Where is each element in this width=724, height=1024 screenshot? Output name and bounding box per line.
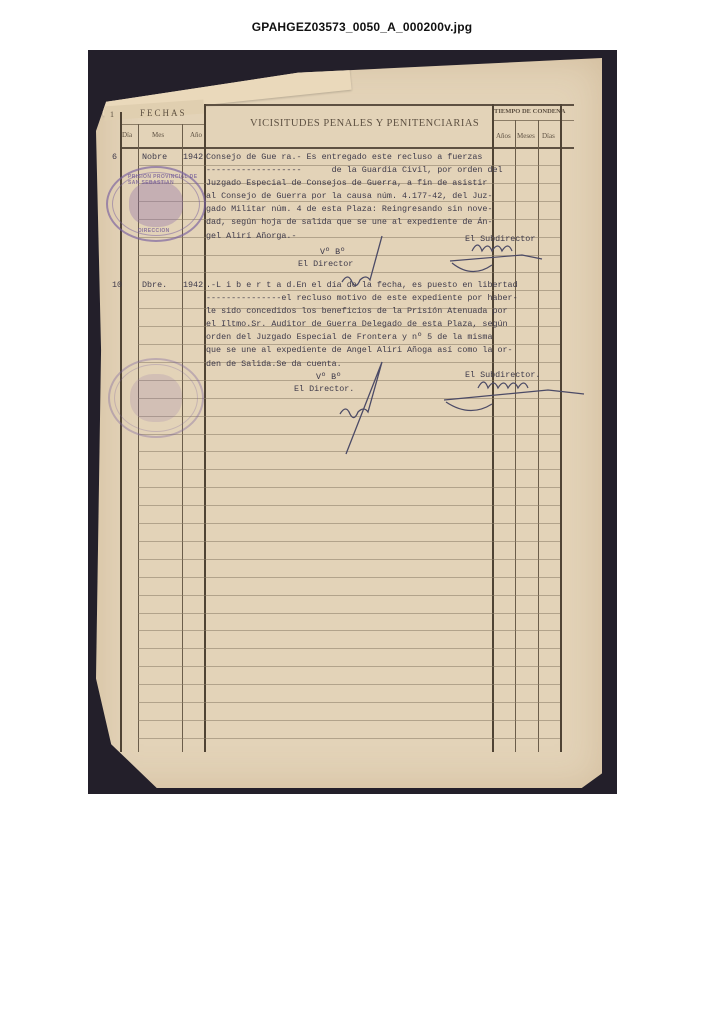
ruled-line xyxy=(138,523,560,524)
ruled-line xyxy=(138,648,560,649)
col-mes: Mes xyxy=(152,131,164,139)
ruled-line xyxy=(138,684,560,685)
ruled-line xyxy=(138,720,560,721)
col-dia: Día xyxy=(122,131,132,139)
main-header: VICISITUDES PENALES Y PENITENCIARIAS xyxy=(250,118,479,129)
col-dias: Días xyxy=(542,132,555,140)
ruled-line xyxy=(138,630,560,631)
col-anios: Años xyxy=(496,132,511,140)
ruled-line xyxy=(138,505,560,506)
entry-1-anio: 1942 xyxy=(183,151,203,164)
flap-mark: 1 xyxy=(110,110,115,119)
subdirector-signature-2 xyxy=(438,372,588,416)
entry-2-mes: Dbre. xyxy=(142,279,167,292)
col-meses: Meses xyxy=(517,132,535,140)
ruled-line xyxy=(138,541,560,542)
ruled-line xyxy=(138,487,560,488)
ruled-line xyxy=(138,577,560,578)
fechas-header: FECHAS xyxy=(140,108,187,118)
condena-header: TIEMPO DE CONDENA xyxy=(494,108,566,115)
entry-1-dia: 6 xyxy=(112,151,117,164)
ruled-line xyxy=(138,613,560,614)
entry-2-anio: 1942 xyxy=(183,279,203,292)
file-title: GPAHGEZ03573_0050_A_000200v.jpg xyxy=(0,20,724,34)
ruled-line xyxy=(138,666,560,667)
ruled-line xyxy=(138,469,560,470)
entry-2-dia: 10 xyxy=(112,279,122,292)
scanned-document: 1 FECHAS Día Mes Año VICISITUDES PENALES… xyxy=(88,50,617,794)
entry-1-mes: Nobre xyxy=(142,151,167,164)
director-signature-2 xyxy=(316,356,406,456)
entry-1-text: Consejo de Gue ra.- Es entregado este re… xyxy=(206,151,503,243)
ruled-line xyxy=(138,738,560,739)
subdirector-signature-1 xyxy=(442,239,552,279)
col-anio: Año xyxy=(190,131,202,139)
record-table: FECHAS Día Mes Año VICISITUDES PENALES Y… xyxy=(120,94,574,754)
record-sheet: 1 FECHAS Día Mes Año VICISITUDES PENALES… xyxy=(96,58,602,788)
prison-stamp: PRISION PROVINCIAL DE SAN SEBASTIAN DIRE… xyxy=(106,166,206,242)
prison-stamp-faded xyxy=(108,358,204,438)
ruled-line xyxy=(138,559,560,560)
ruled-line xyxy=(138,595,560,596)
ruled-line xyxy=(138,702,560,703)
